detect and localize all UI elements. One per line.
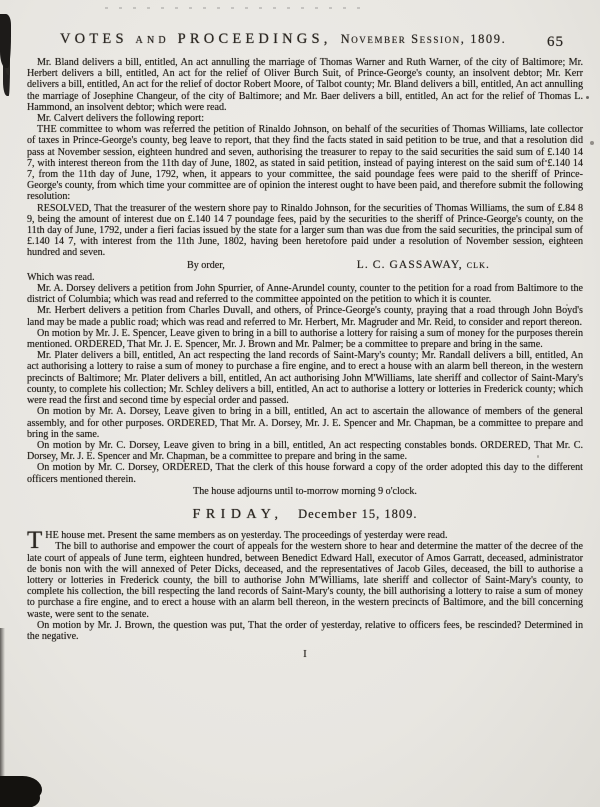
scanned-document-page: VOTES and PROCEEDINGS, November Session,…: [0, 0, 600, 807]
clerk-signature: L. C. GASSAWAY, clk.: [357, 260, 490, 271]
friday-heading-date: December 15, 1809.: [298, 507, 417, 521]
adjournment-line: The house adjourns until to-morrow morni…: [27, 486, 583, 497]
paper-speck: [590, 141, 594, 145]
page-number: 65: [547, 34, 564, 51]
by-order-label: By order,: [187, 260, 225, 271]
byline: By order, L. C. GASSAWAY, clk.: [27, 259, 583, 272]
friday-section: T HE house met. Present the same members…: [27, 530, 583, 642]
paragraph: The bill to authorise and empower the co…: [27, 541, 583, 619]
paragraph: Mr. Calvert delivers the following repor…: [27, 113, 583, 124]
paragraph: On motion by Mr. C. Dorsey, ORDERED, Tha…: [27, 462, 583, 484]
paragraph: Mr. Plater delivers a bill, entitled, An…: [27, 350, 583, 406]
paragraph: Mr. Bland delivers a bill, entitled, An …: [27, 57, 583, 113]
paragraph: On motion by Mr. J. Brown, the question …: [27, 620, 583, 642]
ink-blotch-bottom-left: [0, 776, 42, 800]
friday-heading-day: FRIDAY,: [193, 507, 284, 522]
paragraph: Which was read.: [27, 272, 583, 283]
drop-cap: T: [27, 530, 45, 551]
signature-mark: I: [27, 649, 583, 660]
paragraph: HE house met. Present the same members a…: [27, 530, 583, 541]
paragraph: THE committee to whom was referred the p…: [27, 124, 583, 202]
scan-noise-dots: [105, 7, 365, 9]
masthead: VOTES and PROCEEDINGS, November Session,…: [0, 31, 600, 48]
paragraph: Mr. Herbert delivers a petition from Cha…: [27, 305, 583, 327]
scan-edge-shadow: [0, 628, 5, 807]
session-title: November Session, 1809.: [341, 32, 507, 47]
paragraph: On motion by Mr. C. Dorsey, Leave given …: [27, 440, 583, 462]
paragraph: On motion by Mr. J. E. Spencer, Leave gi…: [27, 328, 583, 350]
page-body: Mr. Bland delivers a bill, entitled, An …: [27, 57, 583, 671]
friday-heading: FRIDAY, December 15, 1809.: [27, 509, 583, 521]
page-title: VOTES and PROCEEDINGS,: [60, 31, 332, 48]
paragraph: Mr. A. Dorsey delivers a petition from J…: [27, 283, 583, 305]
paper-speck: [586, 96, 589, 99]
paragraph: RESOLVED, That the treasurer of the west…: [27, 203, 583, 259]
paragraph: On motion by Mr. A. Dorsey, Leave given …: [27, 406, 583, 440]
